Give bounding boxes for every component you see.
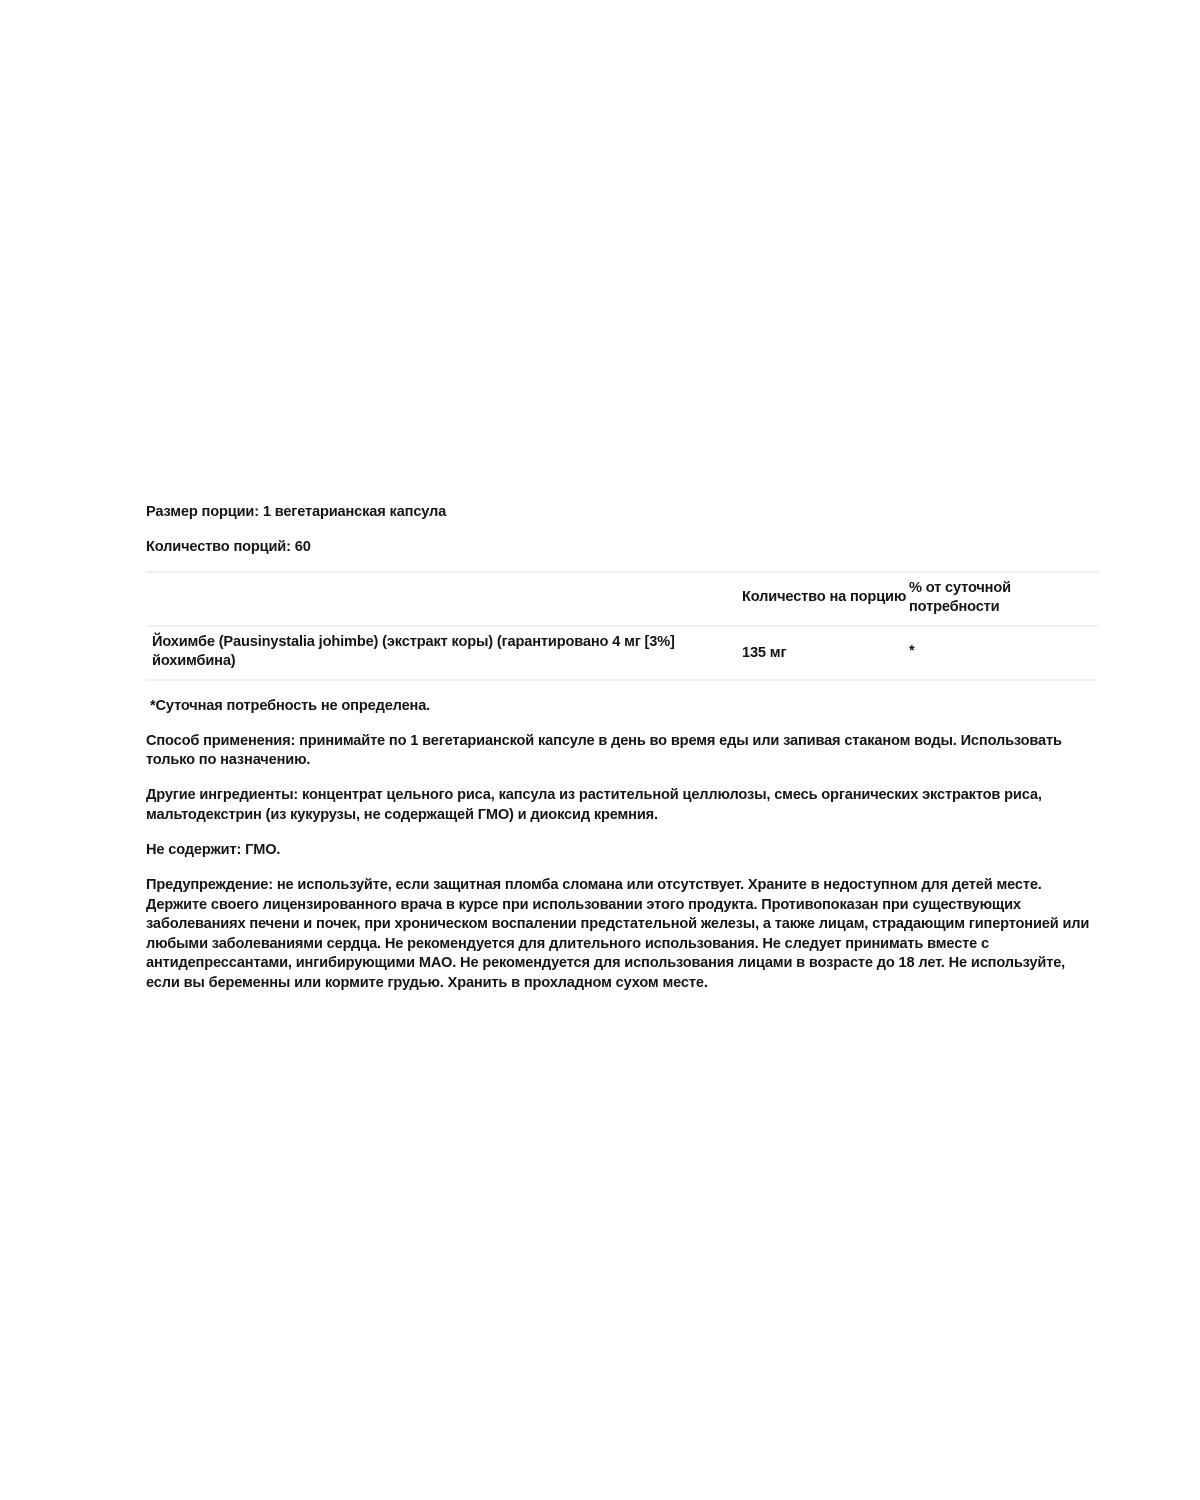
- table-row: Йохимбе (Pausinystalia johimbe) (экстрак…: [146, 626, 1098, 680]
- supplement-facts-document: Размер порции: 1 вегетарианская капсула …: [146, 503, 1098, 993]
- daily-value-footnote: *Суточная потребность не определена.: [150, 697, 1098, 717]
- supplement-facts-table: Количество на порцию % от суточной потре…: [146, 571, 1098, 681]
- ingredient-name: Йохимбе (Pausinystalia johimbe) (экстрак…: [146, 626, 742, 680]
- header-ingredient: [146, 572, 742, 626]
- free-from-text: Не содержит: ГМО.: [146, 841, 1098, 861]
- ingredient-daily-value: *: [909, 626, 1098, 680]
- serving-size: Размер порции: 1 вегетарианская капсула: [146, 503, 1098, 523]
- servings-per-container: Количество порций: 60: [146, 538, 1098, 558]
- ingredient-amount: 135 мг: [742, 626, 909, 680]
- header-daily-value: % от суточной потребности: [909, 572, 1098, 626]
- directions-text: Способ применения: принимайте по 1 вегет…: [146, 732, 1098, 771]
- table-header-row: Количество на порцию % от суточной потре…: [146, 572, 1098, 626]
- header-amount-per-serving: Количество на порцию: [742, 572, 909, 626]
- warning-text: Предупреждение: не используйте, если защ…: [146, 876, 1098, 993]
- other-ingredients-text: Другие ингредиенты: концентрат цельного …: [146, 786, 1098, 825]
